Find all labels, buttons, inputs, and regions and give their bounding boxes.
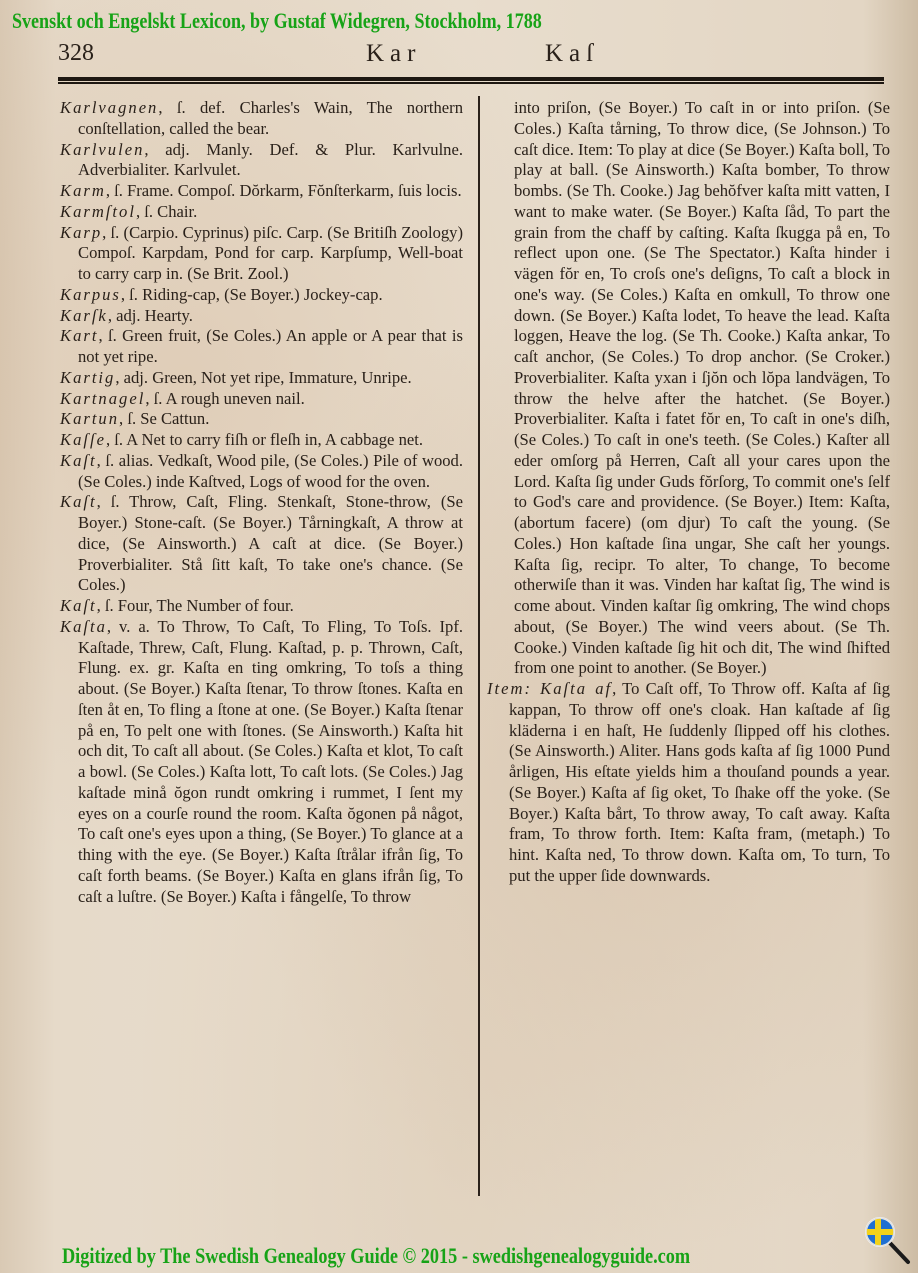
dictionary-entry-continued: into priſon, (Se Boyer.) To caſt in or i… (505, 98, 890, 679)
headword: Kartig (60, 368, 115, 387)
definition: , ſ. (Carpio. Cyprinus) piſc. Carp. (Se … (78, 223, 463, 284)
page-number: 328 (58, 40, 94, 67)
header-rule (58, 77, 884, 84)
headword: Kartnagel (60, 389, 145, 408)
column-divider (478, 96, 480, 1196)
digitized-footer: Digitized by The Swedish Genealogy Guide… (62, 1243, 690, 1269)
dictionary-entry: Karmſtol, ſ. Chair. (60, 202, 463, 223)
definition: , adj. Hearty. (108, 306, 193, 325)
headword: Karſk (60, 306, 108, 325)
definition: , ſ. Se Cattun. (119, 409, 209, 428)
definition: , ſ. alias. Vedkaſt, Wood pile, (Se Cole… (78, 451, 463, 491)
right-column: into priſon, (Se Boyer.) To caſt in or i… (505, 98, 890, 887)
definition: , adj. Green, Not yet ripe, Immature, Un… (115, 368, 411, 387)
dictionary-entry: Karlvulen, adj. Manly. Def. & Plur. Karl… (60, 140, 463, 182)
source-banner: Svenskt och Engelskt Lexicon, by Gustaf … (12, 8, 542, 34)
headword: Karlvulen (60, 140, 144, 159)
dictionary-entry: Kartnagel, ſ. A rough uneven nail. (60, 389, 463, 410)
dictionary-entry: Karpus, ſ. Riding-cap, (Se Boyer.) Jocke… (60, 285, 463, 306)
dictionary-entry: Karlvagnen, ſ. def. Charles's Wain, The … (60, 98, 463, 140)
definition: , ſ. Throw, Caſt, Fling. Stenkaſt, Stone… (78, 492, 463, 594)
definition: , v. a. To Throw, To Caſt, To Fling, To … (78, 617, 463, 906)
headword: Item: Kaſta af (487, 679, 612, 698)
running-head-left: Kar (366, 40, 421, 68)
definition: , ſ. A rough uneven nail. (145, 389, 304, 408)
definition: , ſ. Chair. (136, 202, 197, 221)
dictionary-entry: Karp, ſ. (Carpio. Cyprinus) piſc. Carp. … (60, 223, 463, 285)
left-column: Karlvagnen, ſ. def. Charles's Wain, The … (60, 98, 463, 907)
headword: Kaſt (60, 451, 97, 470)
dictionary-entry: Kaſt, ſ. Four, The Number of four. (60, 596, 463, 617)
definition: , ſ. Riding-cap, (Se Boyer.) Jockey-cap. (121, 285, 383, 304)
headword: Karpus (60, 285, 121, 304)
headword: Karmſtol (60, 202, 136, 221)
dictionary-entry: Kartig, adj. Green, Not yet ripe, Immatu… (60, 368, 463, 389)
swedish-flag-magnifier-icon (862, 1215, 912, 1265)
definition: , ſ. Four, The Number of four. (97, 596, 294, 615)
headword: Karp (60, 223, 102, 242)
dictionary-entry: Kaſt, ſ. Throw, Caſt, Fling. Stenkaſt, S… (60, 492, 463, 596)
headword: Kaſſe (60, 430, 106, 449)
dictionary-entry: Kart, ſ. Green fruit, (Se Coles.) An app… (60, 326, 463, 368)
headword: Kaſt (60, 492, 97, 511)
headword: Kartun (60, 409, 119, 428)
headword: Kaſta (60, 617, 107, 636)
page-header: 328 Kar Kaſ (58, 40, 888, 70)
headword: Karm (60, 181, 106, 200)
dictionary-entry: Kaſta, v. a. To Throw, To Caſt, To Fling… (60, 617, 463, 908)
definition: , To Caſt off, To Throw off. Kaſta af ſi… (509, 679, 890, 885)
dictionary-entry: Kaſſe, ſ. A Net to carry fiſh or fleſh i… (60, 430, 463, 451)
headword: Kart (60, 326, 98, 345)
headword: Kaſt (60, 596, 97, 615)
dictionary-entry: Karm, ſ. Frame. Compoſ. Dŏrkarm, Fŏnſter… (60, 181, 463, 202)
definition: , ſ. A Net to carry fiſh or fleſh in, A … (106, 430, 423, 449)
dictionary-entry: Karſk, adj. Hearty. (60, 306, 463, 327)
definition: , ſ. Green fruit, (Se Coles.) An apple o… (78, 326, 463, 366)
definition: into priſon, (Se Boyer.) To caſt in or i… (514, 98, 890, 677)
dictionary-entry: Kartun, ſ. Se Cattun. (60, 409, 463, 430)
headword: Karlvagnen (60, 98, 158, 117)
dictionary-entry: Kaſt, ſ. alias. Vedkaſt, Wood pile, (Se … (60, 451, 463, 493)
definition: , ſ. Frame. Compoſ. Dŏrkarm, Fŏnſterkarm… (106, 181, 462, 200)
dictionary-entry: Item: Kaſta af, To Caſt off, To Throw of… (487, 679, 890, 887)
running-head-right: Kaſ (545, 40, 599, 68)
